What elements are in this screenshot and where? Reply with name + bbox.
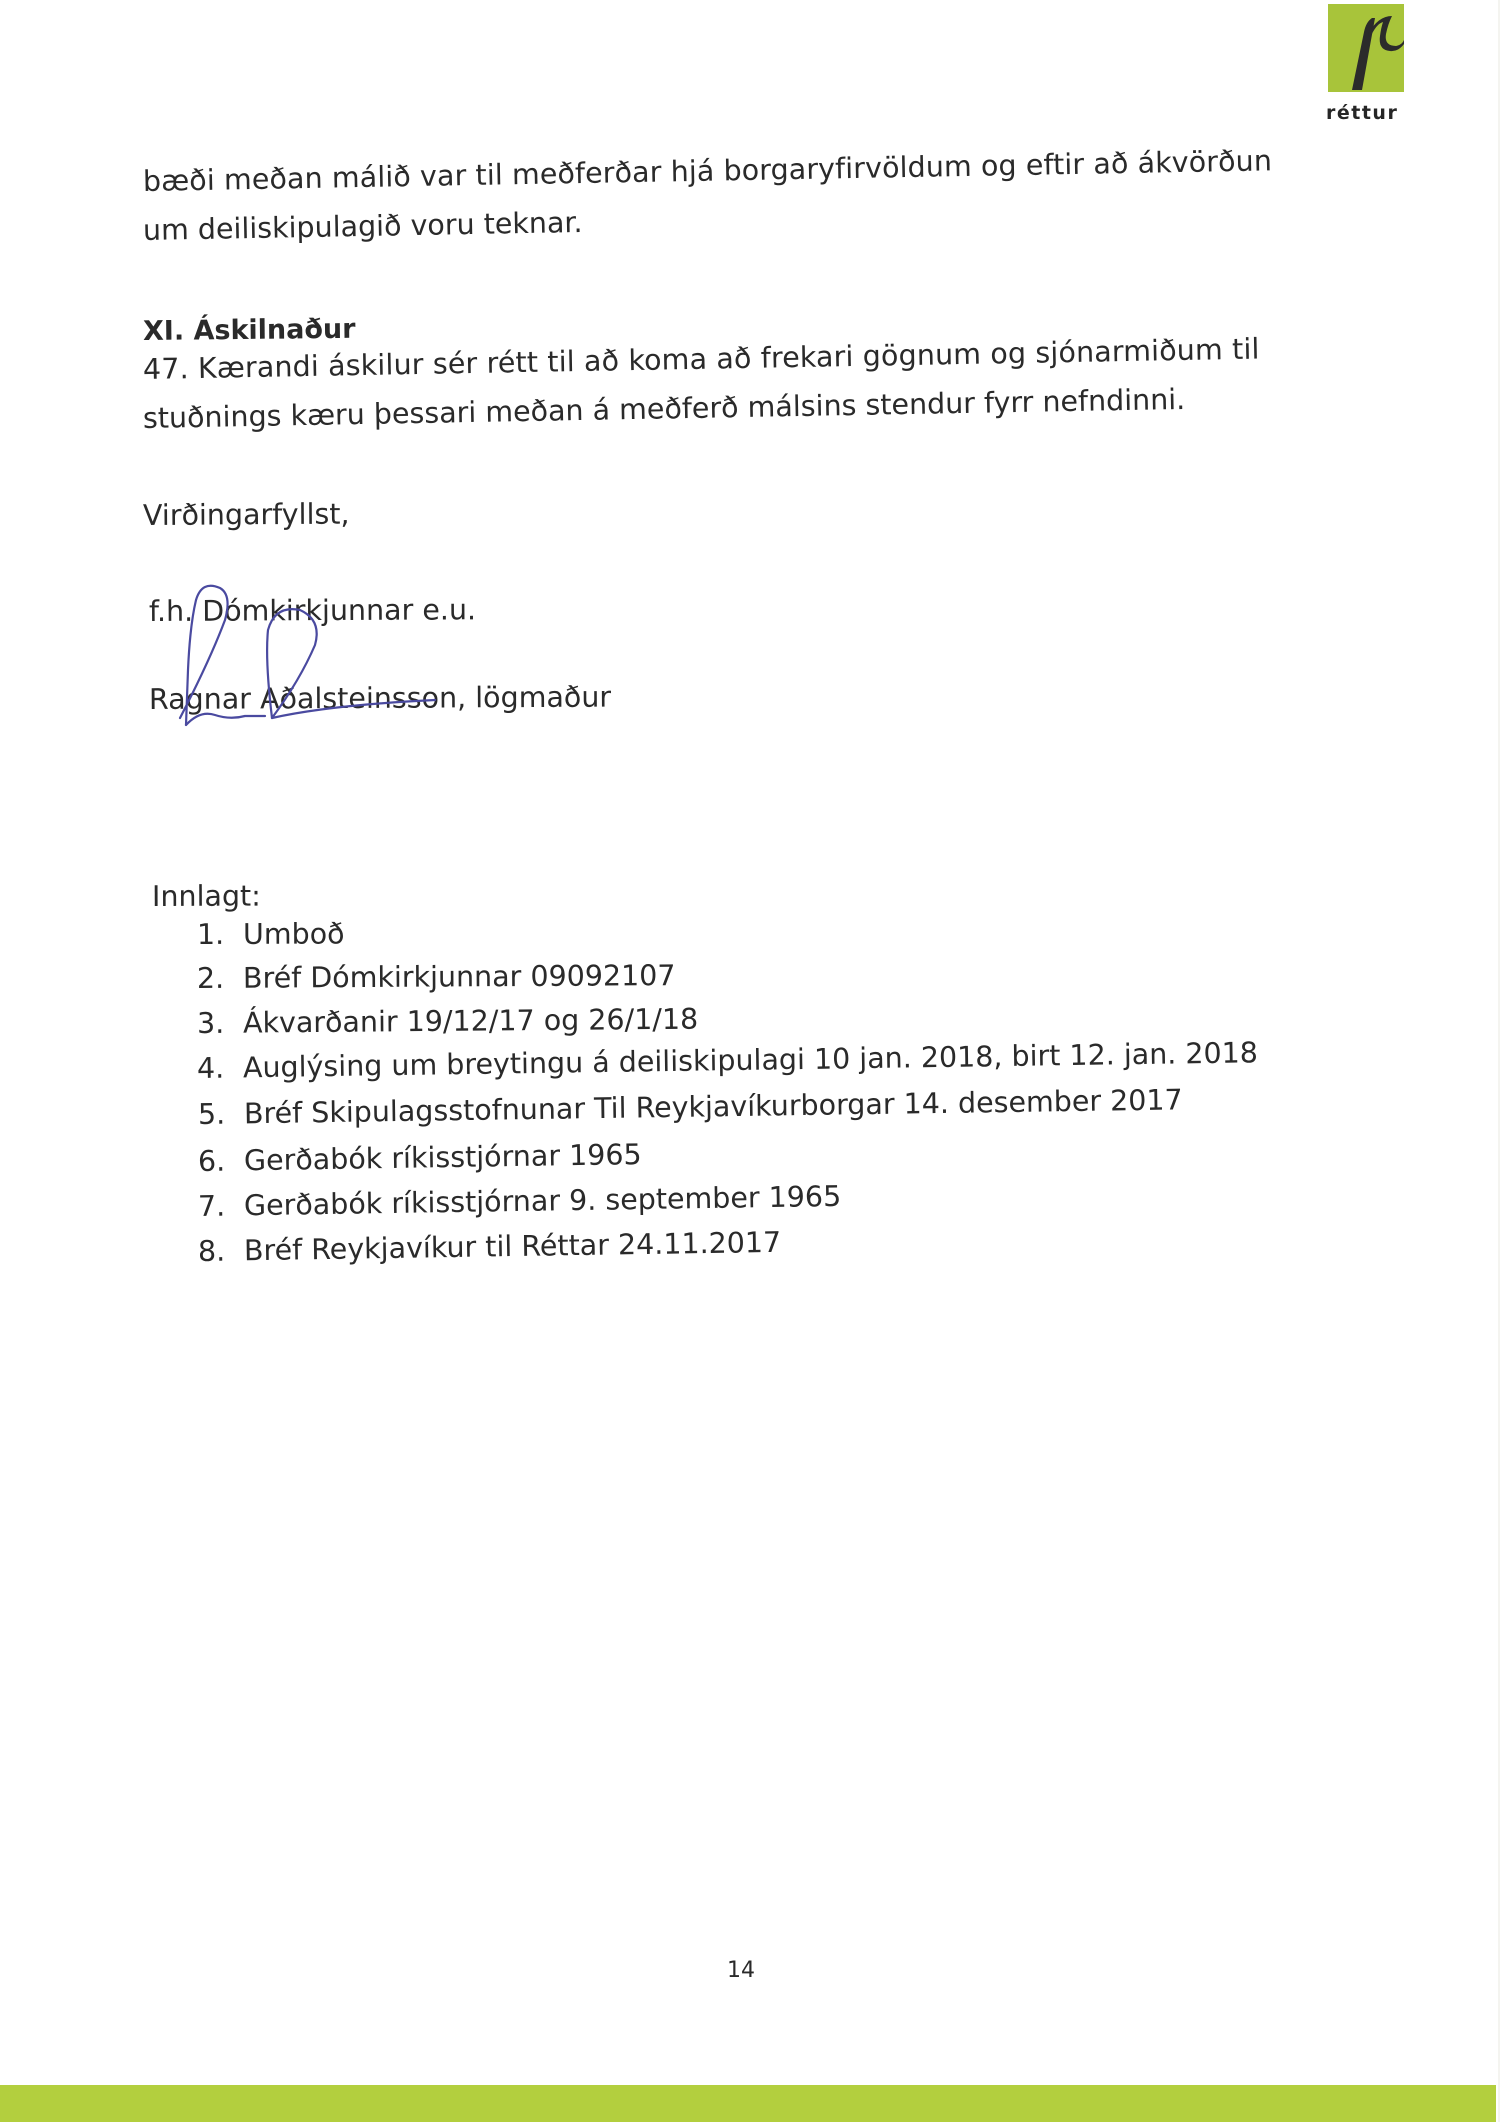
attachment-number: 8.: [198, 1237, 244, 1266]
attachment-title: Bréf Dómkirkjunnar 09092107: [243, 959, 676, 995]
attachment-title: Umboð: [243, 917, 345, 950]
section-heading: XI. Áskilnaður: [143, 316, 356, 345]
attachment-number: 2.: [197, 965, 243, 994]
attachment-number: 5.: [198, 1100, 244, 1129]
paragraph-47-line-2: stuðnings kæru þessari meðan á meðferð m…: [143, 386, 1186, 434]
page-number: 14: [727, 1958, 755, 1983]
document-page: réttur bæði meðan málið var til meðferða…: [0, 0, 1500, 2122]
closing-salutation: Virðingarfyllst,: [143, 501, 350, 531]
on-behalf-of: f.h. Dómkirkjunnar e.u.: [149, 596, 476, 626]
attachment-title: Bréf Reykjavíkur til Réttar 24.11.2017: [244, 1226, 782, 1267]
attachment-title: Ákvarðanir 19/12/17 og 26/1/18: [243, 1003, 699, 1040]
signatory-name: Ragnar Aðalsteinsson, lögmaður: [149, 684, 611, 715]
logo-wordmark: réttur: [1326, 102, 1406, 124]
attachment-number: 6.: [198, 1147, 244, 1176]
attachment-item: 2.Bréf Dómkirkjunnar 09092107: [197, 962, 676, 993]
attachment-item: 7.Gerðabók ríkisstjórnar 9. september 19…: [198, 1183, 842, 1222]
attachment-title: Auglýsing um breytingu á deiliskipulagi …: [243, 1036, 1258, 1084]
attachment-item: 6.Gerðabók ríkisstjórnar 1965: [198, 1141, 642, 1176]
attachment-item: 8.Bréf Reykjavíkur til Réttar 24.11.2017: [198, 1229, 782, 1267]
rettur-logo: réttur: [1328, 4, 1404, 92]
logo-mark-icon: [1328, 4, 1404, 92]
attachment-number: 7.: [198, 1192, 244, 1221]
attachment-item: 5.Bréf Skipulagsstofnunar Til Reykjavíku…: [198, 1086, 1183, 1129]
attachment-number: 4.: [197, 1054, 243, 1083]
paragraph-continuation-line-1: bæði meðan málið var til meðferðar hjá b…: [143, 147, 1272, 196]
attachments-heading: Innlagt:: [152, 883, 261, 912]
attachment-number: 3.: [197, 1010, 243, 1039]
attachment-item: 3.Ákvarðanir 19/12/17 og 26/1/18: [197, 1006, 698, 1039]
attachment-title: Gerðabók ríkisstjórnar 9. september 1965: [244, 1180, 842, 1222]
attachment-item: 1.Umboð: [197, 920, 345, 949]
attachment-item: 4.Auglýsing um breytingu á deiliskipulag…: [197, 1039, 1258, 1083]
footer-accent-bar: [0, 2085, 1496, 2122]
paragraph-continuation-line-2: um deiliskipulagið voru teknar.: [143, 209, 583, 246]
attachment-title: Bréf Skipulagsstofnunar Til Reykjavíkurb…: [244, 1083, 1183, 1130]
attachment-title: Gerðabók ríkisstjórnar 1965: [244, 1138, 642, 1177]
attachment-number: 1.: [197, 921, 243, 950]
stylized-r-icon: [1328, 4, 1404, 92]
